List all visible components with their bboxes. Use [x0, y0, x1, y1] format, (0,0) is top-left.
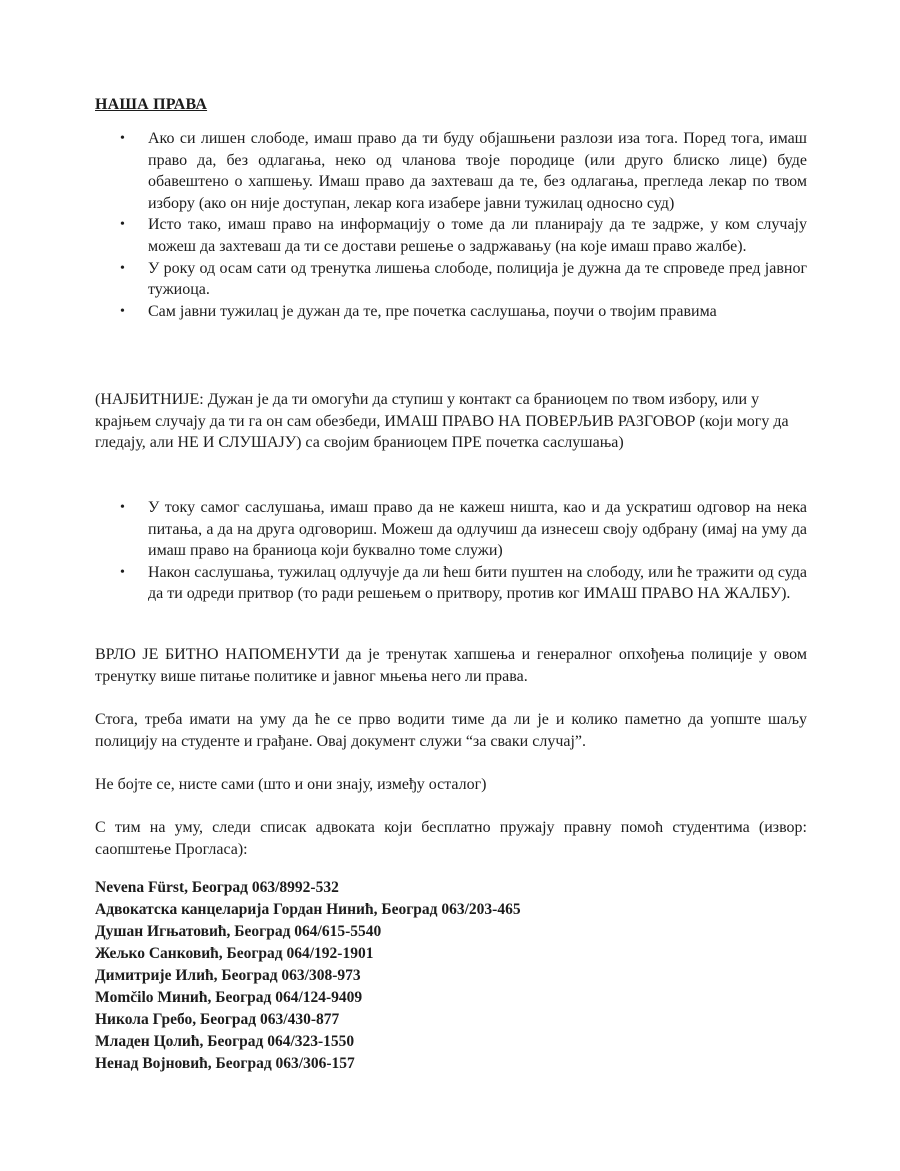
bullet-icon: • [120, 301, 125, 323]
list-item: •Исто тако, имаш право на информацију о … [95, 214, 807, 257]
list-item-text: У року од осам сати од тренутка лишења с… [148, 260, 807, 299]
lawyer-entry: Жељко Санковић, Београд 064/192-1901 [95, 943, 521, 965]
fear-paragraph: Не бојте се, нисте сами (што и они знају… [95, 774, 807, 796]
bullet-icon: • [120, 214, 125, 236]
list-item-text: Исто тако, имаш право на информацију о т… [148, 216, 807, 255]
list-item-text: Након саслушања, тужилац одлучује да ли … [148, 564, 807, 603]
bullet-icon: • [120, 258, 125, 280]
list-item-text: У току самог саслушања, имаш право да не… [148, 499, 807, 559]
bullet-icon: • [120, 128, 125, 150]
lawyer-entry: Димитрије Илић, Београд 063/308-973 [95, 965, 521, 987]
page-title: НАША ПРАВА [95, 96, 207, 114]
therefore-paragraph: Стога, треба имати на уму да ће се прво … [95, 709, 807, 752]
list-item-text: Сам јавни тужилац је дужан да те, пре по… [148, 303, 717, 320]
lawyer-entry: Никола Гребо, Београд 063/430-877 [95, 1009, 521, 1031]
lawyer-entry: Душан Игњатовић, Београд 064/615-5540 [95, 921, 521, 943]
document-page: НАША ПРАВА •Ако си лишен слободе, имаш п… [0, 0, 900, 1171]
list-intro-paragraph: С тим на уму, следи списак адвоката који… [95, 817, 807, 860]
rights-list-1: •Ако си лишен слободе, имаш право да ти … [95, 128, 807, 322]
rights-list-2: •У току самог саслушања, имаш право да н… [95, 497, 807, 605]
bullet-icon: • [120, 562, 125, 584]
lawyers-list: Nevena Fürst, Београд 063/8992-532 Адвок… [95, 877, 521, 1075]
list-item: •Ако си лишен слободе, имаш право да ти … [95, 128, 807, 214]
note-paragraph: ВРЛО ЈЕ БИТНО НАПОМЕНУТИ да је тренутак … [95, 644, 807, 687]
important-paragraph: (НАЈБИТНИЈЕ: Дужан је да ти омогући да с… [95, 389, 807, 454]
lawyer-entry: Ненад Војновић, Београд 063/306-157 [95, 1053, 521, 1075]
list-item: •У року од осам сати од тренутка лишења … [95, 258, 807, 301]
lawyer-entry: Momčilo Минић, Београд 064/124-9409 [95, 987, 521, 1009]
lawyer-entry: Адвокатска канцеларија Гордан Нинић, Бео… [95, 899, 521, 921]
list-item: •У току самог саслушања, имаш право да н… [95, 497, 807, 562]
bullet-icon: • [120, 497, 125, 519]
list-item-text: Ако си лишен слободе, имаш право да ти б… [148, 130, 807, 212]
list-item: •Након саслушања, тужилац одлучује да ли… [95, 562, 807, 605]
lawyer-entry: Младен Цолић, Београд 064/323-1550 [95, 1031, 521, 1053]
lawyer-entry: Nevena Fürst, Београд 063/8992-532 [95, 877, 521, 899]
list-item: •Сам јавни тужилац је дужан да те, пре п… [95, 301, 807, 323]
